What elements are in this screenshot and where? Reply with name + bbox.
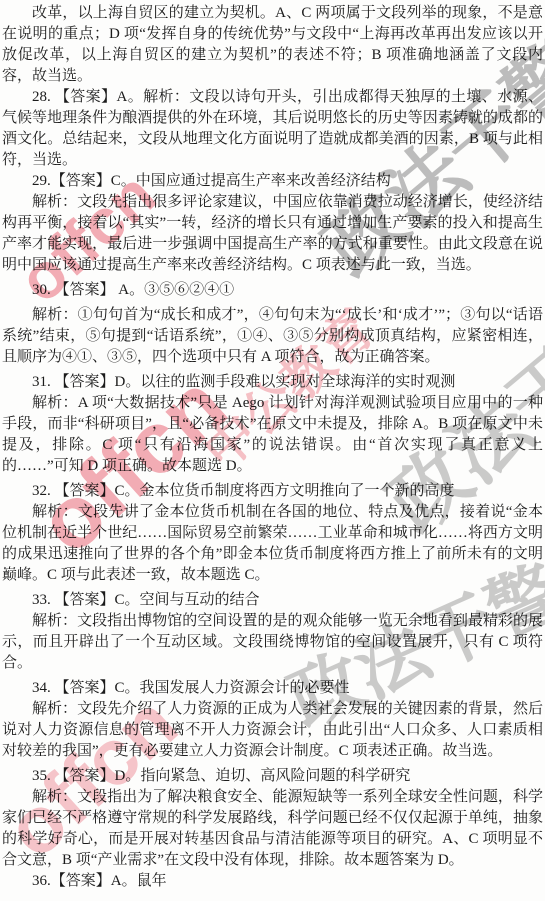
answer-34-analysis: 解析：文段先介绍了人力资源的正成为人类社会发展的关键因素的背景，然后说对人力资源… [2,699,543,762]
answer-30-analysis: 解析：①句句首为“成长和成才”，④句句末为“‘成长’和‘成才’”；③句以“话语系… [2,305,543,368]
paragraph-continuation-27: 改革，以上海自贸区的建立为契机。A、C 两项属于文段列举的现象，不是意在说明的重… [2,3,543,87]
answer-35-title: 35. 【答案】D。指向紧急、迫切、高风险问题的科学研究 [2,766,543,787]
answer-32-analysis: 解析：文段先讲了金本位货币机制在各国的地位、特点及优点，接着说“金本位机制在近半… [2,502,543,586]
answer-33-analysis: 解析：文段指出博物馆的空间设置的是的观众能够一览无余地看到最精彩的展示，而且开辟… [2,611,543,674]
answer-31-title: 31. 【答案】D。以往的监测手段难以实现对全球海洋的实时观测 [2,372,543,393]
answer-key-text: 改革，以上海自贸区的建立为契机。A、C 两项属于文段列举的现象，不是意在说明的重… [0,0,545,892]
answer-31-analysis: 解析：A 项“大数据技术”只是 Aego 计划针对海洋观测试验项目应用中的一种手… [2,393,543,477]
answer-34-title: 34. 【答案】C。我国发展人力资源会计的必要性 [2,678,543,699]
answer-33-title: 33. 【答案】C。空间与互动的结合 [2,590,543,611]
answer-32-title: 32. 【答案】C。金本位货币制度将西方文明推向了一个新的高度 [2,481,543,502]
answer-28: 28. 【答案】A。解析：文段以诗句开头，引出成都得天独厚的土壤、水源、气候等地… [2,87,543,171]
answer-36-title: 36.【答案】A。鼠年 [2,871,543,892]
document-page: 政法干警 政法干警 政法干警 offcn offcn 中公教育 offcn 改革… [0,0,545,901]
answer-35-analysis: 解析：文段指出为了解决粮食安全、能源短缺等一系列全球安全性问题，科学家们已经不严… [2,787,543,871]
answer-29-analysis: 解析：文段先指出很多评论家建议，中国应依靠消费拉动经济增长，使经济结构再平衡，接… [2,192,543,276]
answer-30-title: 30. 【答案】 A。③⑤⑥②④① [2,280,543,301]
answer-29-title: 29.【答案】C。中国应通过提高生产率来改善经济结构 [2,171,543,192]
